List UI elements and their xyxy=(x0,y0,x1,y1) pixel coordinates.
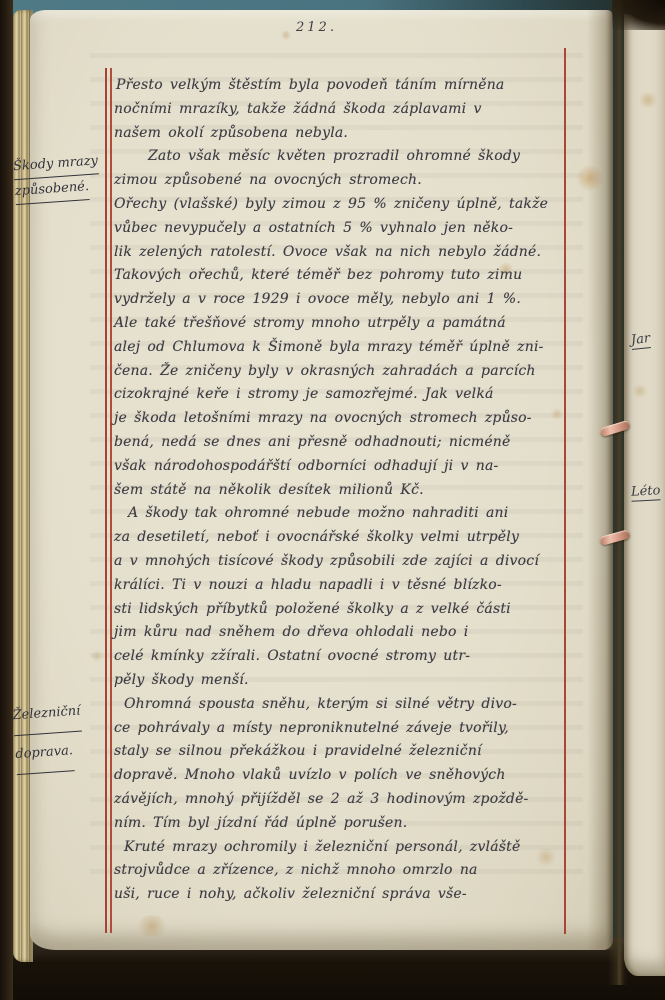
handwritten-line: vydržely a v roce 1929 i ovoce měly, neb… xyxy=(114,288,566,312)
handwritten-line: dopravě. Mnoho vlaků uvízlo v polích ve … xyxy=(114,764,566,788)
handwritten-line: lik zelených ratolestí. Ovoce však na ni… xyxy=(114,241,566,265)
foxing-spot xyxy=(638,92,658,108)
handwritten-line: závějích, mnohý přijížděl se 2 až 3 hodi… xyxy=(114,788,566,812)
foxing-spot xyxy=(135,915,169,937)
handwritten-line: a v mnohých tisícové škody způsobili zde… xyxy=(114,550,566,574)
handwritten-line: zimou způsobené na ovocných stromech. xyxy=(114,169,566,193)
red-margin-rule-left-inner xyxy=(110,68,112,933)
handwritten-line: šem státě na několik desítek milionů Kč. xyxy=(114,479,566,503)
handwritten-line: uši, ruce i nohy, ačkoliv železniční spr… xyxy=(114,883,566,907)
handwritten-line: jim kůru nad sněhem do dřeva ohlodali ne… xyxy=(114,621,566,645)
handwritten-line: Kruté mrazy ochromily i železniční perso… xyxy=(114,836,566,860)
handwritten-line: bená, nedá se dnes ani přesně odhadnouti… xyxy=(114,431,566,455)
handwritten-line: ním. Tím byl jízdní řád úplně porušen. xyxy=(114,812,566,836)
foxing-spot xyxy=(632,384,648,398)
handwritten-line: nočními mrazíky, takže žádná škoda zápla… xyxy=(114,98,566,122)
photo-corner-shadow xyxy=(612,0,665,30)
facing-page-edge: Jar Léto xyxy=(624,14,665,976)
handwritten-line: Přesto velkým štěstím byla povodeň táním… xyxy=(114,74,566,98)
foxing-spot xyxy=(280,30,292,40)
handwritten-line: však národohospodářští odborníci odhaduj… xyxy=(114,455,566,479)
handwritten-line: Ohromná spousta sněhu, kterým si silné v… xyxy=(114,693,566,717)
handwritten-line: A škody tak ohromné nebude možno nahradi… xyxy=(114,502,566,526)
handwritten-line: ce pohrávaly a místy neproniknutelné záv… xyxy=(114,717,566,741)
book-cover-edge xyxy=(0,0,13,1000)
handwritten-line: Ořechy (vlašské) byly zimou z 95 % zniče… xyxy=(114,193,566,217)
facing-margin-note-top: Jar xyxy=(630,331,651,348)
handwritten-line: alej od Chlumova k Šimoně byla mrazy tém… xyxy=(114,336,566,360)
margin-note-frost-line2: způsobené. xyxy=(14,175,90,205)
handwritten-line: našem okolí způsobena nebyla. xyxy=(114,122,566,146)
foxing-spot xyxy=(90,650,104,662)
chronicle-photo: 212. Škody mrazy způsobené. Železniční d… xyxy=(0,0,665,1000)
handwritten-line: sti lidských příbytků položené školky a … xyxy=(114,598,566,622)
handwritten-line: celé kmínky zžírali. Ostatní ovocné stro… xyxy=(114,645,566,669)
handwritten-line: je škoda letošními mrazy na ovocných str… xyxy=(114,407,566,431)
handwritten-line: staly se silnou překážkou i pravidelné ž… xyxy=(114,740,566,764)
handwritten-line: králíci. Ti v nouzi a hladu napadli i v … xyxy=(114,574,566,598)
handwritten-body-text: Přesto velkým štěstím byla povodeň táním… xyxy=(114,74,566,907)
handwritten-line: pěly škody menší. xyxy=(114,669,566,693)
handwritten-line: cizokrajné keře i stromy je samozřejmé. … xyxy=(114,383,566,407)
handwritten-line: Takových ořechů, které téměř bez pohromy… xyxy=(114,264,566,288)
handwritten-line: vůbec nevypučely a ostatních 5 % vyhnalo… xyxy=(114,217,566,241)
handwritten-line: Zato však měsíc květen prozradil ohromné… xyxy=(114,145,566,169)
foxing-spot xyxy=(575,165,605,191)
margin-note-rail-line1: Železniční xyxy=(11,693,81,737)
margin-note-rail-line2: doprava. xyxy=(14,732,74,775)
handwritten-line: Ale také třešňové stromy mnoho utrpěly a… xyxy=(114,312,566,336)
page-number: 212. xyxy=(296,20,337,35)
handwritten-line: čena. Že zničeny byly v okrasných zahrad… xyxy=(114,360,566,384)
margin-note-frost-damage: Škody mrazy způsobené. xyxy=(12,149,107,205)
facing-margin-note-bottom: Léto xyxy=(631,483,661,500)
handwritten-line: za desetiletí, neboť i ovocnářské školky… xyxy=(114,526,566,550)
handwritten-line: strojvůdce a zřízence, z nichž mnoho omr… xyxy=(114,859,566,883)
margin-note-railway-transport: Železniční doprava. xyxy=(11,691,108,775)
